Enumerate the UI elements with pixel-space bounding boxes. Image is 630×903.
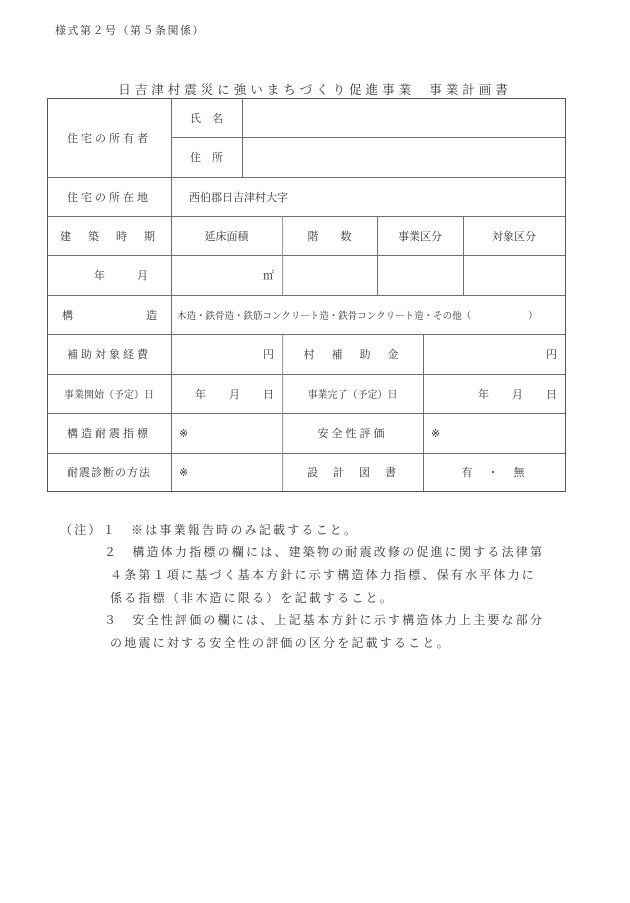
note-3: ３ 安全性評価の欄には、上記基本方針に示す構造体力上主要な部分 <box>104 609 544 631</box>
note-2-cont-2: 係る指標（非木造に限る）を記載すること。 <box>110 587 394 609</box>
note-2-cont-1: ４条第１項に基づく基本方針に示す構造体力指標、保有水平体力に <box>110 564 536 586</box>
note-3-cont: の地震に対する安全性の評価の区分を記載すること。 <box>110 632 451 654</box>
notes-section: （注）１ ※は事業報告時のみ記載すること。 ２ 構造体力指標の欄には、建築物の耐… <box>0 0 630 903</box>
note-2: ２ 構造体力指標の欄には、建築物の耐震改修の促進に関する法律第 <box>104 541 544 563</box>
note-1: （注）１ ※は事業報告時のみ記載すること。 <box>60 519 358 541</box>
